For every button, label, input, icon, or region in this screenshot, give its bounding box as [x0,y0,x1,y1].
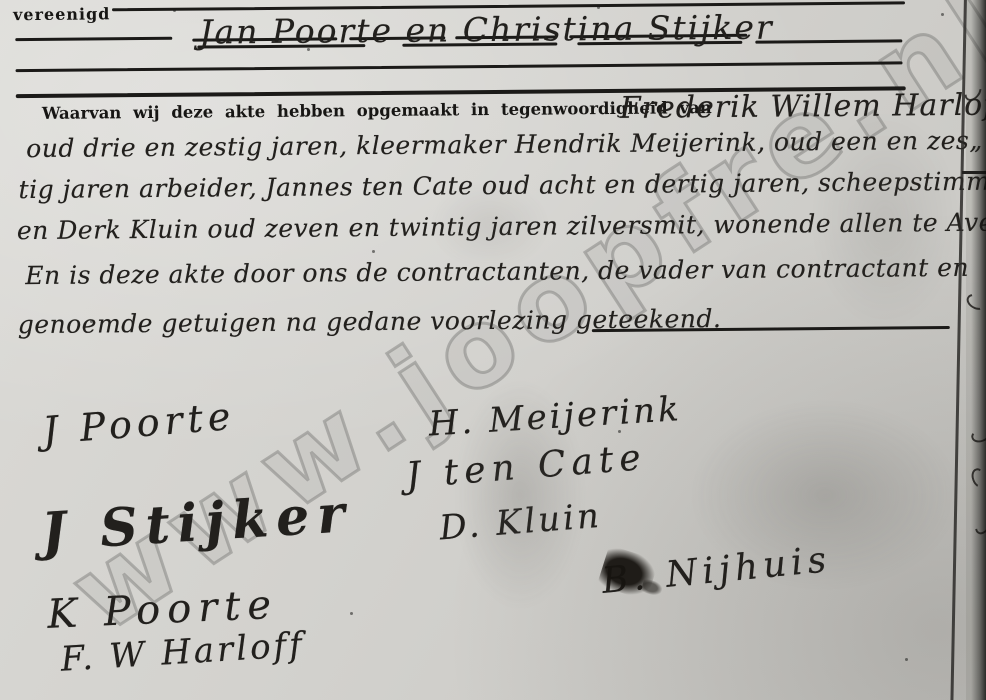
scanned-document-page: www.joopfre.nl vereenigd Jan Poorte en C… [0,0,986,700]
body-line-5: genoemde getuigen na gedane voorlezing g… [18,304,722,339]
speck [307,48,310,51]
contractants-names: Jan Poorte en Christina Stijker [199,8,774,52]
signature-j-poorte: J Poorte [41,394,237,453]
smudge [810,110,960,330]
signature-j-stijker: J Stijker [40,483,355,563]
speck [173,9,176,12]
speck [941,13,944,16]
speck [905,658,908,661]
speck [90,320,93,323]
speck [618,430,621,433]
smudge [455,380,585,610]
attestation-printed-text: Waarvan wij deze akte hebben opgemaakt i… [42,98,712,123]
smudge [430,180,550,270]
ruled-line-left-stub [15,37,172,41]
smudge [690,400,960,590]
speck [760,147,763,150]
speck [350,612,353,615]
scan-edge-shadow [971,0,986,700]
printed-word-vereenigd: vereenigd [13,4,111,24]
ruled-line-mid [16,61,903,71]
name-underline2-seg [755,39,902,43]
speck [597,6,600,9]
speck [372,250,375,253]
